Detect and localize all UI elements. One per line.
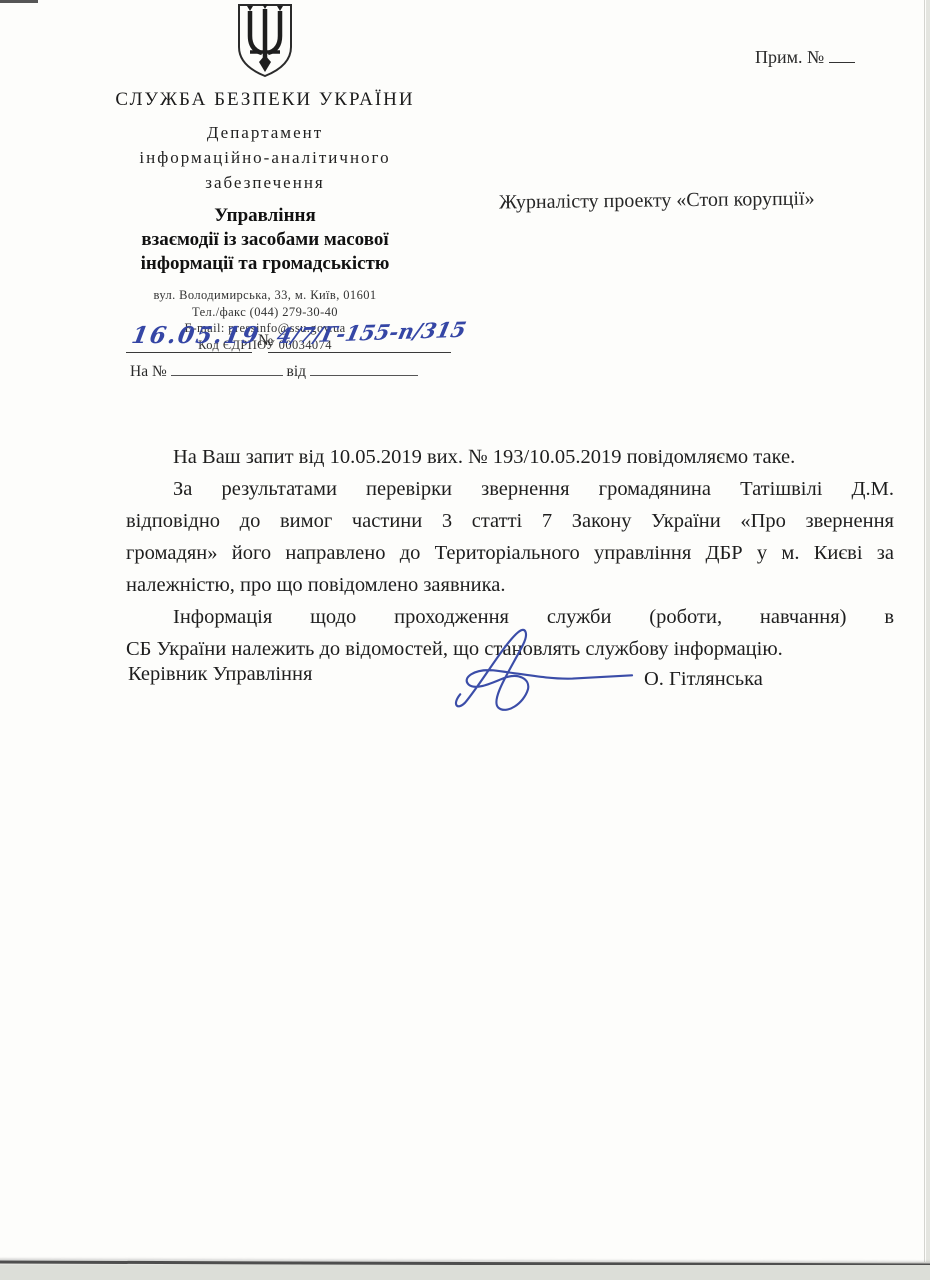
letterhead: СЛУЖБА БЕЗПЕКИ УКРАЇНИ Департаментінформ…: [65, 0, 465, 353]
reply-no-label: На №: [130, 363, 167, 380]
reply-from-label: від: [287, 363, 307, 380]
text-line: належністю, про що повідомлено заявника.: [126, 569, 894, 601]
text-line: інформації та громадськістю: [65, 252, 465, 276]
directorate-name: Управліннявзаємодії із засобами масовоїі…: [65, 204, 465, 276]
date-underline: [126, 352, 252, 353]
department-name: Департаментінформаційно-аналітичногозабе…: [65, 120, 465, 195]
text-line: За результатами перевірки звернення гром…: [126, 473, 894, 505]
paragraph-1: На Ваш запит від 10.05.2019 вих. № 193/1…: [126, 441, 894, 473]
ukraine-trident-emblem-icon: [236, 3, 294, 79]
address-line: вул. Володимирська, 33, м. Київ, 01601: [65, 287, 465, 304]
handwritten-date: 16.05.19: [130, 322, 263, 349]
text-line: Управління: [65, 204, 465, 228]
copy-number-note: Прим. №: [755, 47, 855, 68]
reply-no-blank: [171, 360, 283, 376]
text-line: інформаційно-аналітичного: [65, 145, 465, 170]
text-line: взаємодії із засобами масової: [65, 228, 465, 252]
text-line: забезпечення: [65, 170, 465, 195]
text-line: відповідно до вимог частини 3 статті 7 З…: [126, 505, 894, 537]
text-line: На Ваш запит від 10.05.2019 вих. № 193/1…: [126, 441, 894, 473]
text-line: громадян» його направлено до Територіаль…: [126, 537, 894, 569]
handwritten-signature: [447, 618, 637, 726]
scan-edge-right: [924, 0, 925, 1262]
addressee-line: Журналісту проекту «Стоп корупції»: [499, 187, 899, 215]
copy-note-blank: [829, 47, 855, 63]
signer-title: Керівник Управління: [128, 663, 312, 686]
scan-background: [0, 1265, 930, 1280]
copy-note-label: Прим. №: [755, 47, 824, 67]
paragraph-2: За результатами перевірки звернення гром…: [126, 473, 894, 601]
text-line: Департамент: [65, 120, 465, 145]
number-sign: №: [258, 332, 273, 350]
phone-line: Тел./факс (044) 279-30-40: [65, 304, 465, 321]
reply-reference-row: На № від: [130, 360, 470, 381]
reply-from-blank: [310, 360, 418, 376]
scan-edge-top: [0, 0, 38, 3]
number-underline: [268, 352, 451, 353]
signer-name: О. Гітлянська: [644, 668, 763, 691]
scanned-letter-page: СЛУЖБА БЕЗПЕКИ УКРАЇНИ Департаментінформ…: [0, 0, 926, 1262]
org-name: СЛУЖБА БЕЗПЕКИ УКРАЇНИ: [65, 89, 465, 111]
